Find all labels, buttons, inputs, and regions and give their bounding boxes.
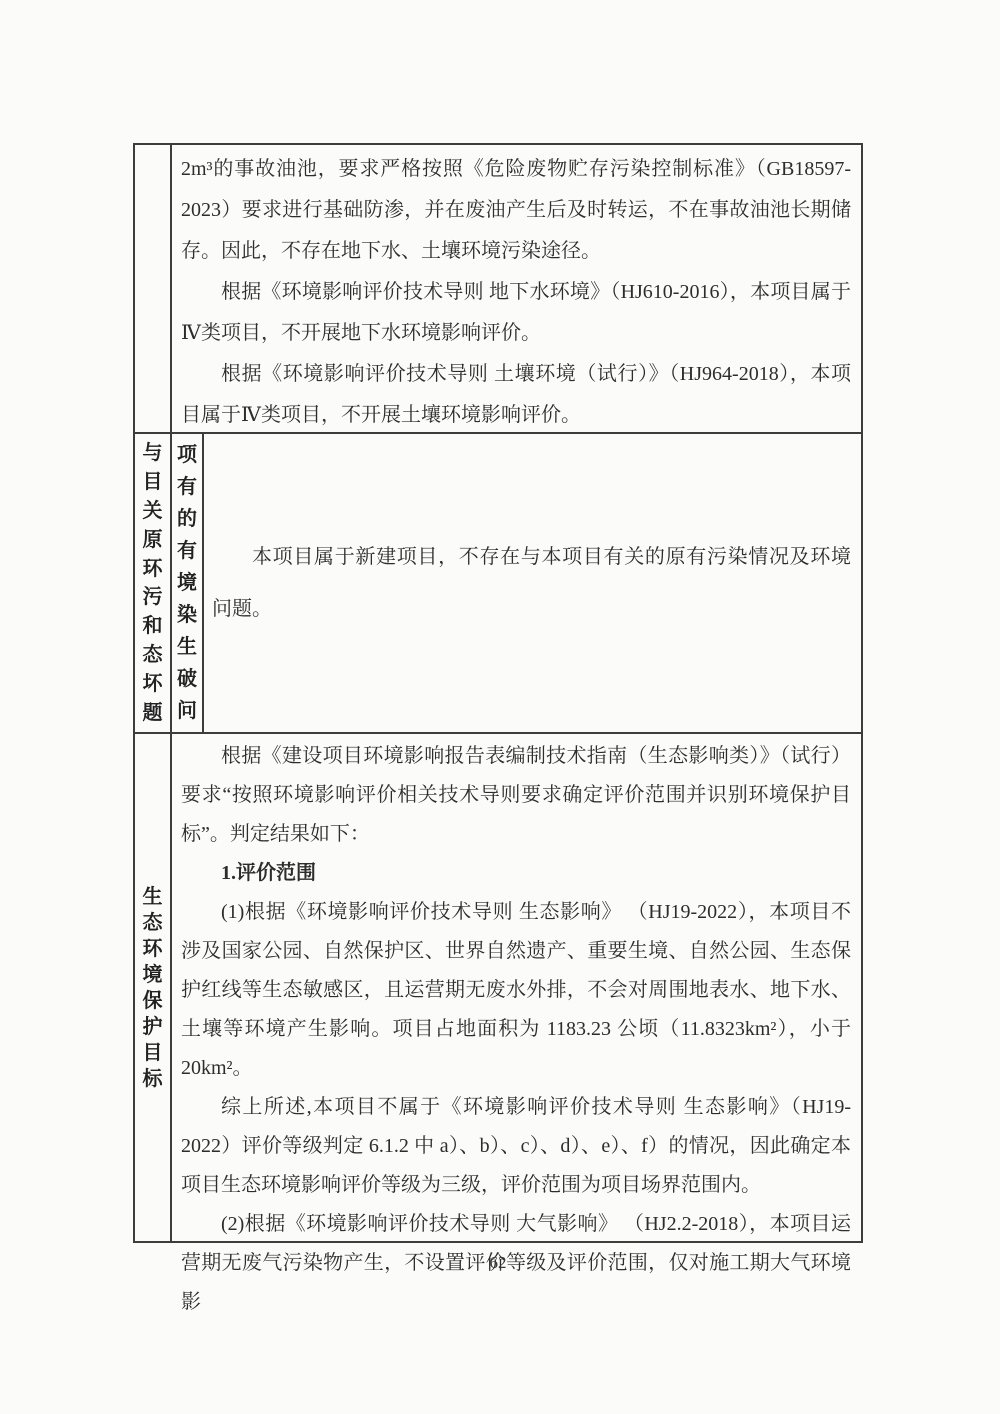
paragraph-soil: 根据《环境影响评价技术导则 土壤环境（试行）》（HJ964-2018），本项目属… — [181, 354, 851, 436]
row1-empty-label-cell — [135, 145, 172, 432]
document-page: 2m³的事故油池，要求严格按照《危险废物贮存污染控制标准》（GB18597-20… — [0, 0, 1000, 1414]
row3-content-cell: 根据《建设项目环境影响报告表编制技术指南（生态影响类）》（试行）要求“按照环境影… — [172, 734, 861, 1241]
row1-content-cell: 2m³的事故油池，要求严格按照《危险废物贮存污染控制标准》（GB18597-20… — [172, 145, 861, 432]
page-number: 62 — [133, 1253, 863, 1273]
paragraph-new-project: 本项目属于新建项目，不存在与本项目有关的原有污染情况及环境问题。 — [212, 531, 851, 635]
row3-label-column: 生态环境保护目标 — [135, 734, 172, 1241]
heading-assessment-scope: 1.评价范围 — [181, 854, 851, 893]
table-row-continuation: 2m³的事故油池，要求严格按照《危险废物贮存污染控制标准》（GB18597-20… — [135, 145, 861, 432]
eia-report-table: 2m³的事故油池，要求严格按照《危险废物贮存污染控制标准》（GB18597-20… — [133, 143, 863, 1243]
row2-label-column-b: 项有的有境染生破问 — [172, 434, 204, 732]
row2-label-column-a: 与目关原环污和态坏题 — [135, 434, 172, 732]
paragraph-guideline-intro: 根据《建设项目环境影响报告表编制技术指南（生态影响类）》（试行）要求“按照环境影… — [181, 737, 851, 854]
paragraph-groundwater: 根据《环境影响评价技术导则 地下水环境》（HJ610-2016），本项目属于Ⅳ类… — [181, 272, 851, 354]
table-row-existing-issues: 与目关原环污和态坏题 项有的有境染生破问 本项目属于新建项目，不存在与本项目有关… — [135, 432, 861, 732]
paragraph-oil-pit: 2m³的事故油池，要求严格按照《危险废物贮存污染控制标准》（GB18597-20… — [181, 149, 851, 272]
paragraph-eco-impact: (1)根据《环境影响评价技术导则 生态影响》 （HJ19-2022），本项目不涉… — [181, 893, 851, 1088]
table-row-eco-protection-targets: 生态环境保护目标 根据《建设项目环境影响报告表编制技术指南（生态影响类）》（试行… — [135, 732, 861, 1241]
paragraph-eco-grade: 综上所述,本项目不属于《环境影响评价技术导则 生态影响》（HJ19-2022）评… — [181, 1088, 851, 1205]
row2-content-cell: 本项目属于新建项目，不存在与本项目有关的原有污染情况及环境问题。 — [204, 434, 861, 732]
